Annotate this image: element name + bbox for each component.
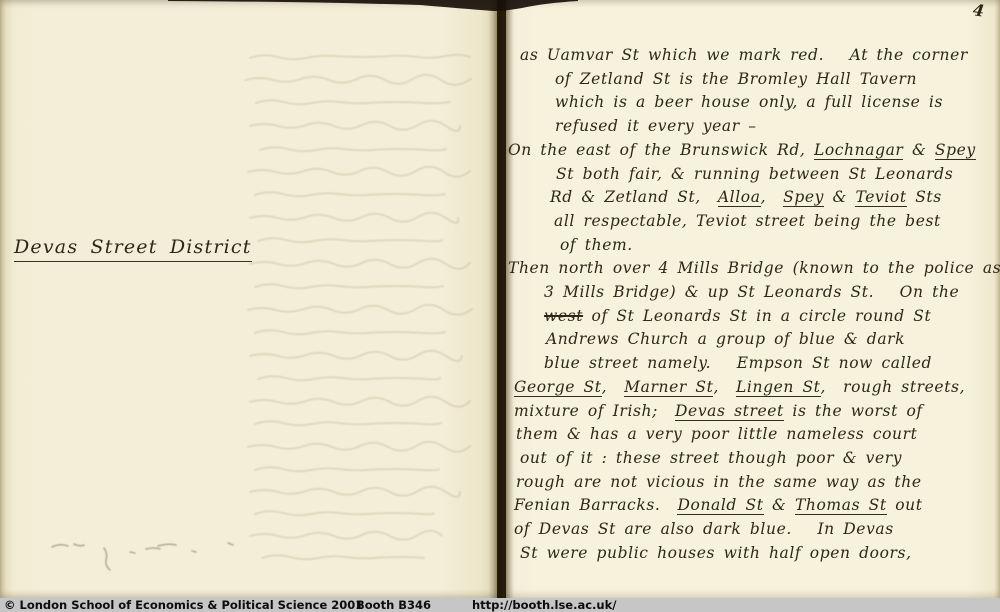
manuscript-text: as Uamvar St which we mark red. At the c… — [508, 44, 998, 565]
show-through-writing — [0, 0, 497, 598]
manuscript-line: rough are not vicious in the same way as… — [516, 471, 998, 495]
manuscript-line: as Uamvar St which we mark red. At the c… — [520, 44, 998, 68]
manuscript-line: On the east of the Brunswick Rd, Lochnag… — [508, 139, 998, 163]
manuscript-line: Fenian Barracks. Donald St & Thomas St o… — [514, 494, 998, 518]
footer-copyright: © London School of Economics & Political… — [4, 598, 363, 612]
notebook-photo: Devas Street District 4 as Uamvar St whi… — [0, 0, 1000, 598]
footer-url: http://booth.lse.ac.uk/ — [472, 598, 616, 612]
manuscript-line: St both fair, & running between St Leona… — [556, 163, 998, 187]
district-heading: Devas Street District — [14, 236, 252, 262]
manuscript-line: blue street namely. Empson St now called — [544, 352, 998, 376]
manuscript-line: refused it every year – — [555, 115, 998, 139]
manuscript-line: George St, Marner St, Lingen St, rough s… — [514, 376, 998, 400]
manuscript-line: Rd & Zetland St, Alloa, Spey & Teviot St… — [550, 186, 998, 210]
notebook-top-edge — [0, 0, 1000, 16]
manuscript-line: Then north over 4 Mills Bridge (known to… — [508, 257, 998, 281]
manuscript-line: Andrews Church a group of blue & dark — [546, 328, 998, 352]
manuscript-line: 3 Mills Bridge) & up St Leonards St. On … — [544, 281, 998, 305]
left-page: Devas Street District — [0, 0, 497, 598]
footer-bar: © London School of Economics & Political… — [0, 598, 1000, 612]
manuscript-line: of Devas St are also dark blue. In Devas — [514, 518, 998, 542]
manuscript-line: them & has a very poor little nameless c… — [516, 423, 998, 447]
manuscript-line: St were public houses with half open doo… — [520, 542, 998, 566]
manuscript-line: of them. — [560, 234, 998, 258]
manuscript-line: all respectable, Teviot street being the… — [554, 210, 998, 234]
screenshot: Devas Street District 4 as Uamvar St whi… — [0, 0, 1000, 612]
manuscript-line: west of St Leonards St in a circle round… — [544, 305, 998, 329]
manuscript-line: which is a beer house only, a full licen… — [555, 91, 998, 115]
page-gutter-line — [499, 0, 502, 598]
ink-specks — [52, 543, 233, 570]
manuscript-line: mixture of Irish; Devas street is the wo… — [514, 400, 998, 424]
manuscript-line: out of it : these street though poor & v… — [520, 447, 998, 471]
footer-reference: Booth B346 — [356, 598, 431, 612]
manuscript-line: of Zetland St is the Bromley Hall Tavern — [555, 68, 998, 92]
